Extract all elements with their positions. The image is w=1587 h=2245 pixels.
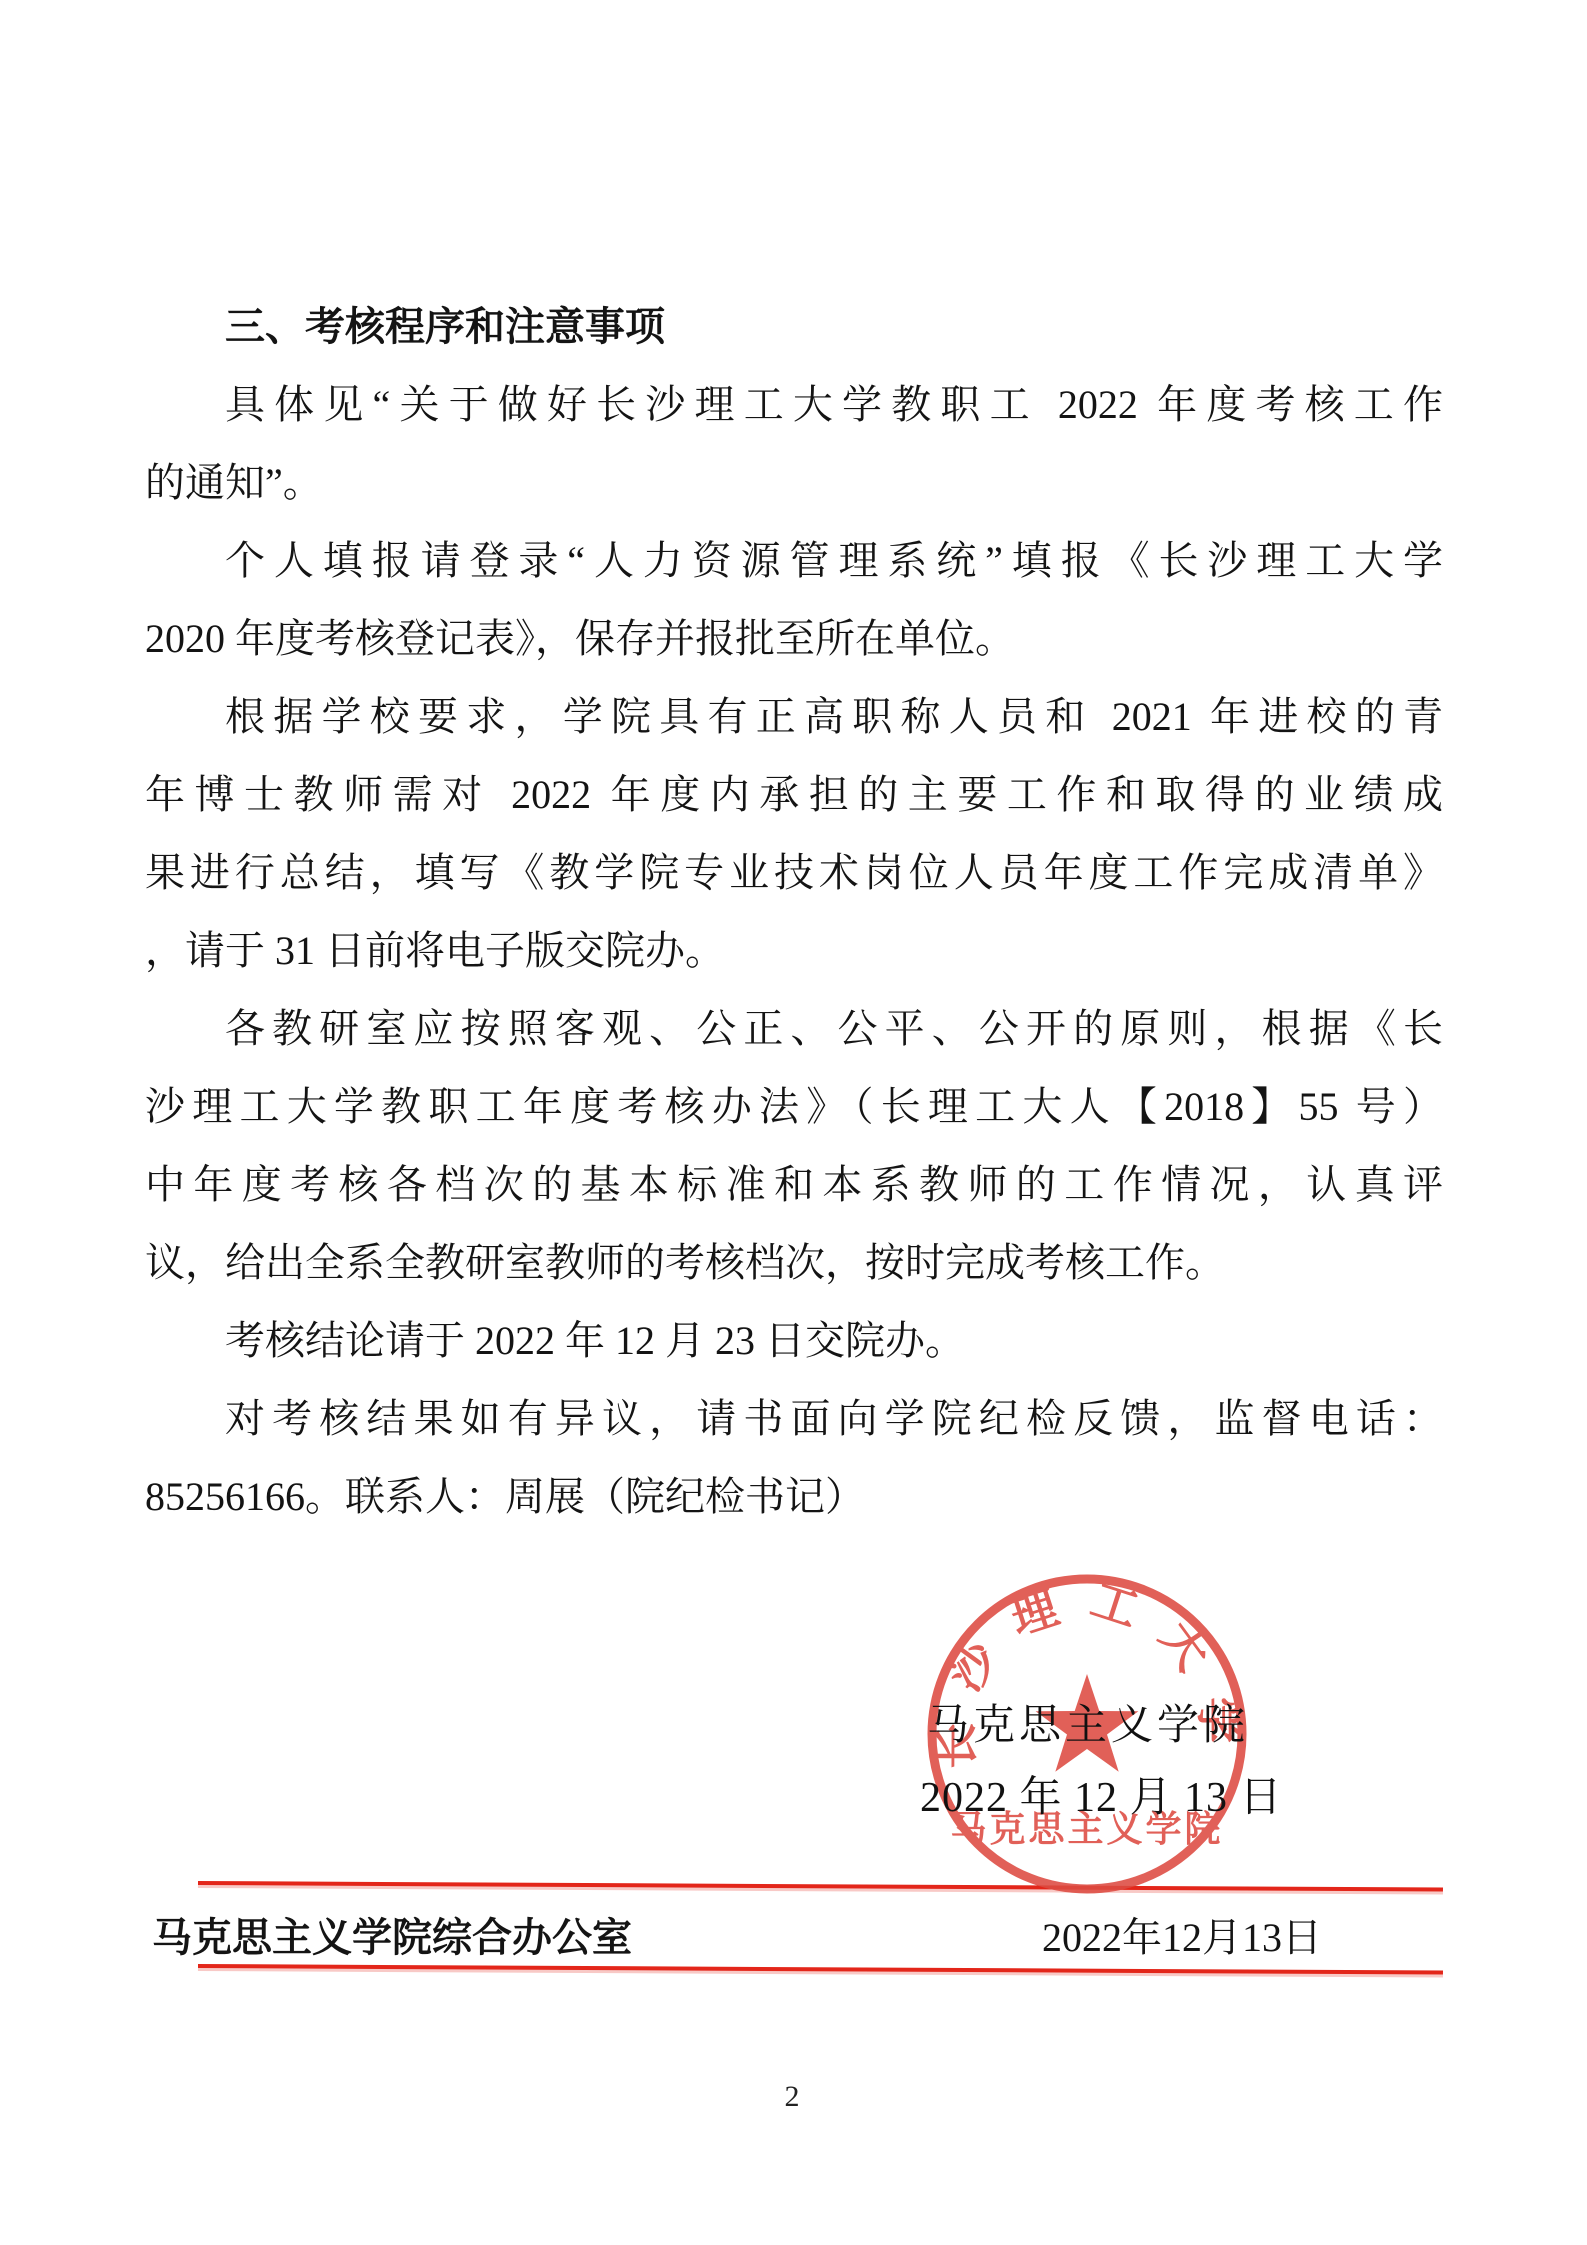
signature-date: 2022 年 12 月 13 日 — [920, 1764, 1283, 1824]
body-line: 具体见“关于做好长沙理工大学教职工 2022 年度考核工作 — [145, 366, 1443, 444]
body-line: 年博士教师需对 2022 年度内承担的主要工作和取得的业绩成 — [145, 756, 1443, 834]
body-line: 沙理工大学教职工年度考核办法》（长理工大人【2018】55 号） — [145, 1068, 1443, 1146]
body-line: 果进行总结，填写《教学院专业技术岗位人员年度工作完成清单》 — [145, 834, 1443, 912]
body-line: ，请于 31 日前将电子版交院办。 — [145, 912, 1443, 990]
body-line: 的通知”。 — [145, 444, 1443, 522]
footer-rule-bottom — [198, 1964, 1443, 1975]
body-line: 议，给出全系全教研室教师的考核档次，按时完成考核工作。 — [145, 1224, 1443, 1302]
body-line: 各教研室应按照客观、公正、公平、公开的原则，根据《长 — [145, 990, 1443, 1068]
body-line: 考核结论请于 2022 年 12 月 23 日交院办。 — [145, 1302, 1443, 1380]
body-line: 对考核结果如有异议，请书面向学院纪检反馈，监督电话： — [145, 1380, 1443, 1458]
footer-date: 2022年12月13日 — [1042, 1916, 1322, 1960]
page-number: 2 — [752, 2080, 832, 2114]
body-line: 个人填报请登录“人力资源管理系统”填报《长沙理工大学 — [145, 522, 1443, 600]
signature-org: 马克思主义学院 — [927, 1692, 1249, 1752]
heading-line: 三、考核程序和注意事项 — [145, 288, 1443, 366]
body-line: 85256166。联系人：周展（院纪检书记） — [145, 1458, 1443, 1536]
body-line: 中年度考核各档次的基本标准和本系教师的工作情况，认真评 — [145, 1146, 1443, 1224]
document-page: 三、考核程序和注意事项 具体见“关于做好长沙理工大学教职工 2022 年度考核工… — [0, 0, 1587, 2245]
body-line: 2020 年度考核登记表》，保存并报批至所在单位。 — [145, 600, 1443, 678]
footer-office: 马克思主义学院综合办公室 — [152, 1916, 632, 1960]
document-body: 三、考核程序和注意事项 具体见“关于做好长沙理工大学教职工 2022 年度考核工… — [145, 288, 1443, 1536]
body-line: 根据学校要求，学院具有正高职称人员和 2021 年进校的青 — [145, 678, 1443, 756]
